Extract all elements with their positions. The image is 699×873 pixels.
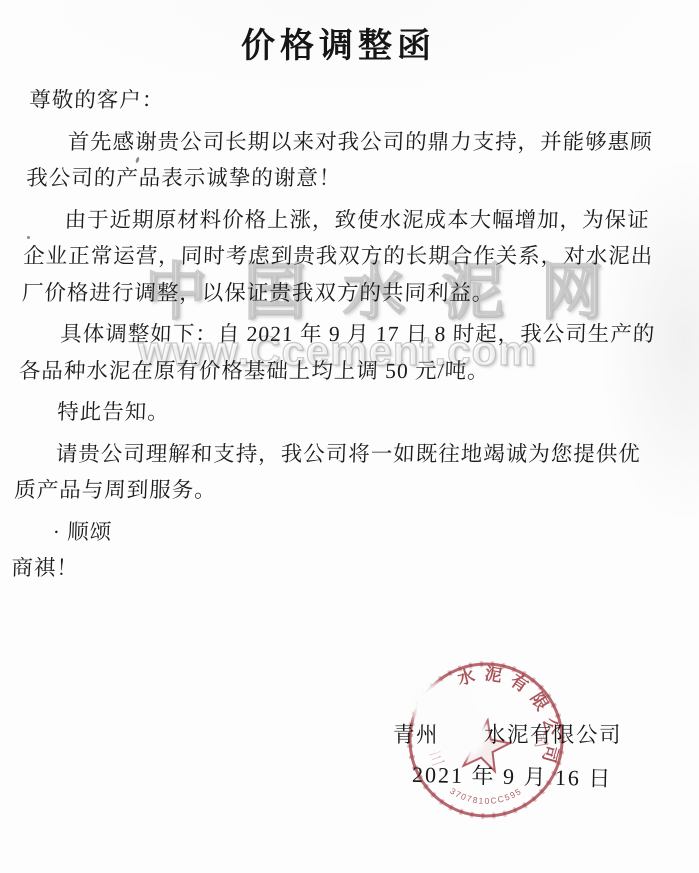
letter-line: 首先感谢贵公司长期以来对我公司的鼎力支持，并能够惠顾 [27, 124, 688, 161]
letter-line: · 顺颂 [12, 514, 673, 551]
signature-company-prefix: 青州 [393, 723, 439, 747]
letter-line: 特此告知。 [17, 394, 678, 431]
letter-line: 由于近期原材料价格上涨，致使水泥成本大幅增加，为保证 [24, 202, 685, 239]
signature-company-suffix: 水泥有限公司 [484, 723, 622, 747]
signature-company-line: 青州水泥有限公司 [393, 718, 622, 749]
letter-line: 企业正常运营，同时考虑到贵我双方的长期合作关系，对水泥出 [23, 238, 684, 275]
letter-line: 请贵公司理解和支持，我公司将一如既往地竭诚为您提供优 [15, 436, 676, 473]
letter-title: 价格调整函 [0, 18, 688, 67]
letter-line: 质产品与周到服务。 [14, 472, 675, 509]
letter-line: 各品种水泥在原有价格基础上均上调 50 元/吨。 [18, 353, 679, 390]
signature-date: 2021 年 9 月 16 日 [412, 758, 613, 793]
price-adjustment-letter: 中国水泥网 www.Ccement.com 价格调整函 尊敬的客户：首先感谢贵公… [0, 0, 699, 873]
letter-line: 厂价格进行调整，以保证贵我双方的共同利益。 [21, 275, 682, 312]
letter-line: 尊敬的客户： [29, 82, 690, 119]
letter-line: 商祺！ [11, 550, 672, 587]
letter-line: 我公司的产品表示诚挚的谢意！ [26, 160, 687, 197]
letter-line: 具体调整如下：自 2021 年 9 月 17 日 8 时起，我公司生产的 [20, 316, 681, 353]
ink-speck [27, 236, 30, 239]
letter-body: 尊敬的客户：首先感谢贵公司长期以来对我公司的鼎力支持，并能够惠顾我公司的产品表示… [11, 82, 690, 587]
